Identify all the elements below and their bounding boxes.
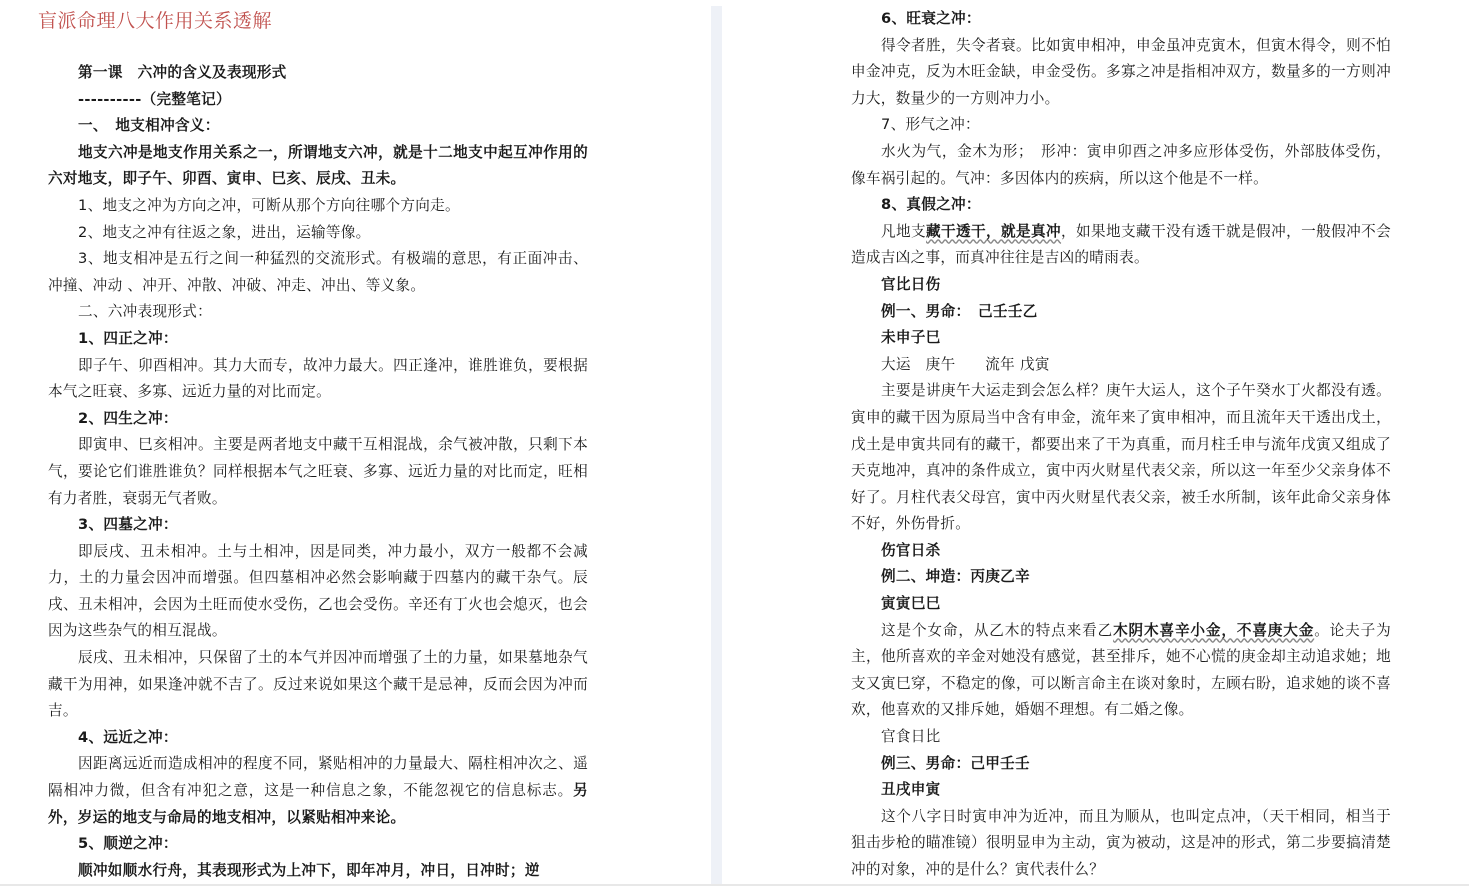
subsection-heading: 2、四生之冲：	[48, 406, 588, 433]
paragraph: 1、地支之冲为方向之冲，可断从那个方向往哪个方向走。	[48, 193, 588, 220]
paragraph: 即寅申、巳亥相冲。主要是两者地支中藏干互相混战，余气被冲散，只剩下本气，要论它们…	[48, 432, 588, 512]
paragraph: 凡地支藏干透干，就是真冲，如果地支藏干没有透干就是假冲，一般假冲不会造成吉凶之事…	[851, 219, 1391, 272]
section-heading: 一、 地支相冲含义：	[48, 113, 588, 140]
example-heading: 例一、男命： 己壬壬乙	[851, 299, 1391, 326]
paragraph: 2、地支之冲有往返之象，进出，运输等像。	[48, 220, 588, 247]
paragraph: 这个八字日时寅申冲为近冲，而且为顺从，也叫定点冲，（天干相同，相当于狙击步枪的瞄…	[851, 804, 1391, 884]
paragraph: 主要是讲庚午大运走到会怎么样？庚午大运人，这个子午癸水丁火都没有透。寅申的藏干因…	[851, 378, 1391, 538]
paragraph: 得令者胜，失令者衰。比如寅申相冲，申金虽冲克寅木，但寅木得令，则不怕申金冲克，反…	[851, 33, 1391, 113]
lesson-subtitle: ----------（完整笔记）	[48, 87, 588, 114]
paragraph: 因距离远近而造成相冲的程度不同，紧贴相冲的力量最大、隔柱相冲次之、遥隔相冲力微，…	[48, 751, 588, 831]
example-heading: 例二、坤造：丙庚乙辛	[851, 564, 1391, 591]
paragraph: 这是个女命，从乙木的特点来看乙木阴木喜辛小金，不喜庚大金。论夫子为主，他所喜欢的…	[851, 618, 1391, 724]
lesson-title: 第一课 六冲的含义及表现形式	[48, 60, 588, 87]
paragraph-text: 凡地支	[881, 223, 926, 240]
subsection-heading: 8、真假之冲：	[851, 192, 1391, 219]
paragraph: 顺冲如顺水行舟，其表现形式为上冲下，即年冲月，冲日，日冲时；逆	[48, 858, 588, 885]
document-page-right: 6、旺衰之冲： 得令者胜，失令者衰。比如寅申相冲，申金虽冲克寅木，但寅木得令，则…	[722, 0, 1469, 886]
example-branches: 寅寅巳巳	[851, 591, 1391, 618]
paragraph: 即子午、卯酉相冲。其力大而专，故冲力最大。四正逢冲，谁胜谁负，要根据本气之旺衰、…	[48, 353, 588, 406]
page-body: 第一课 六冲的含义及表现形式 ----------（完整笔记） 一、 地支相冲含…	[48, 60, 588, 884]
subsection-heading: 7、形气之冲：	[851, 112, 1391, 139]
paragraph: 辰戌、丑未相冲，只保留了土的本气并因冲而增强了土的力量，如果墓地杂气藏干为用神，…	[48, 645, 588, 725]
example-label: 伤官日杀	[851, 538, 1391, 565]
subsection-heading: 6、旺衰之冲：	[851, 6, 1391, 33]
section-heading: 二、六冲表现形式：	[48, 299, 588, 326]
paragraph: 3、地支相冲是五行之间一种猛烈的交流形式。有极端的意思，有正面冲击、冲撞、冲动 …	[48, 246, 588, 299]
subsection-heading: 1、四正之冲：	[48, 326, 588, 353]
document-page-left: 盲派命理八大作用关系透解 第一课 六冲的含义及表现形式 ----------（完…	[0, 0, 711, 886]
example-branches: 未申子巳	[851, 325, 1391, 352]
page-body: 6、旺衰之冲： 得令者胜，失令者衰。比如寅申相冲，申金虽冲克寅木，但寅木得令，则…	[851, 6, 1391, 884]
paragraph: 地支六冲是地支作用关系之一，所谓地支六冲，就是十二地支中起互冲作用的六对地支，即…	[48, 140, 588, 193]
emphasized-text: 藏干透干，就是真冲	[926, 223, 1061, 240]
example-heading: 例三、男命：己甲壬壬	[851, 751, 1391, 778]
page-gutter	[711, 6, 722, 886]
document-title: 盲派命理八大作用关系透解	[38, 6, 272, 33]
subsection-heading: 3、四墓之冲：	[48, 512, 588, 539]
paragraph-text: 因距离远近而造成相冲的程度不同，紧贴相冲的力量最大、隔柱相冲次之、遥隔相冲力微，…	[48, 755, 588, 799]
paragraph-text: 这是个女命，从乙木的特点来看乙	[881, 622, 1113, 639]
paragraph: 水火为气，金木为形； 形冲：寅申卯酉之冲多应形体受伤，外部肢体受伤，像车祸引起的…	[851, 139, 1391, 192]
example-branches: 丑戌申寅	[851, 777, 1391, 804]
example-label: 官比日伤	[851, 272, 1391, 299]
subsection-heading: 4、远近之冲：	[48, 725, 588, 752]
emphasized-text: 木阴木喜辛小金，不喜庚大金	[1113, 622, 1314, 639]
subsection-heading: 5、顺逆之冲：	[48, 831, 588, 858]
example-label: 官食日比	[851, 724, 1391, 751]
example-luck: 大运 庚午 流年 戊寅	[851, 352, 1391, 379]
paragraph: 即辰戌、丑未相冲。土与土相冲，因是同类，冲力最小，双方一般都不会减力，土的力量会…	[48, 539, 588, 645]
